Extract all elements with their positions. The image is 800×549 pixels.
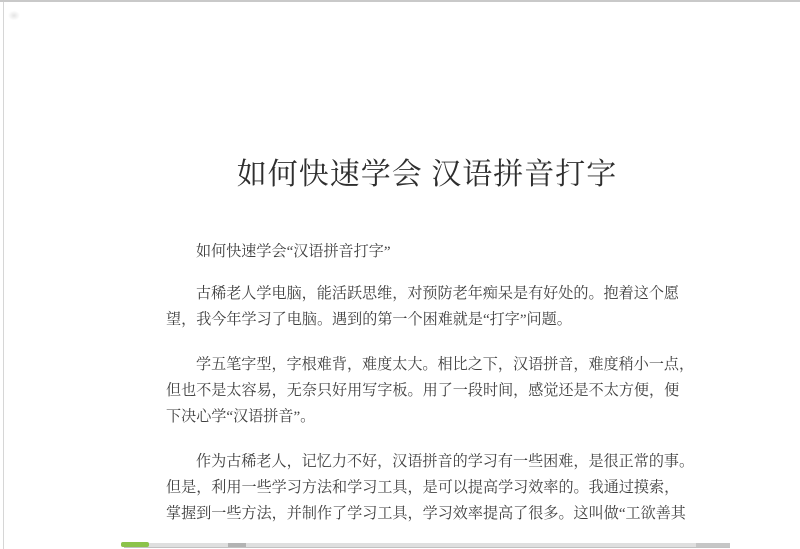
text-line: 但是，利用一些学习方法和学习工具，是可以提高学习效率的。我通过摸索， [166,475,706,501]
corner-artifact [6,9,22,22]
text-line: 古稀老人学电脑，能活跃思维，对预防老年痴呆是有好处的。抱着这个愿 [166,281,706,307]
text-line: 但也不是太容易，无奈只好用写字板。用了一段时间，感觉还是不太方便，便 [166,378,706,404]
paragraph: 学五笔字型，字根难背，难度太大。相比之下，汉语拼音，难度稍小一点， 但也不是太容… [166,352,706,430]
text-line: 作为古稀老人，记忆力不好，汉语拼音的学习有一些困难，是很正常的事。 [166,449,706,475]
page-left-border [3,2,4,549]
text-line: 掌握到一些方法，并制作了学习工具，学习效率提高了很多。这叫做“工欲善其 [166,501,706,527]
text-line: 下决心学“汉语拼音”。 [166,404,706,430]
document-page: 如何快速学会 汉语拼音打字 如何快速学会“汉语拼音打字” 古稀老人学电脑，能活跃… [0,0,800,549]
bottom-progress-bar[interactable] [0,541,800,549]
paragraph: 古稀老人学电脑，能活跃思维，对预防老年痴呆是有好处的。抱着这个愿 望，我今年学习… [166,281,706,333]
document-title: 如何快速学会 汉语拼音打字 [166,152,688,198]
progress-handle[interactable] [228,543,246,547]
paragraph: 作为古稀老人，记忆力不好，汉语拼音的学习有一些困难，是很正常的事。 但是，利用一… [166,449,706,527]
text-line: 如何快速学会“汉语拼音打字” [166,239,706,265]
paragraph: 如何快速学会“汉语拼音打字” [166,239,706,265]
text-line: 学五笔字型，字根难背，难度太大。相比之下，汉语拼音，难度稍小一点， [166,352,706,378]
progress-track[interactable] [124,543,730,548]
progress-fill [121,542,149,547]
text-line: 望，我今年学习了电脑。遇到的第一个困难就是“打字”问题。 [166,307,706,333]
page-top-border [0,0,800,2]
document-body: 如何快速学会“汉语拼音打字” 古稀老人学电脑，能活跃思维，对预防老年痴呆是有好处… [166,239,706,546]
progress-end-cap [696,543,730,547]
